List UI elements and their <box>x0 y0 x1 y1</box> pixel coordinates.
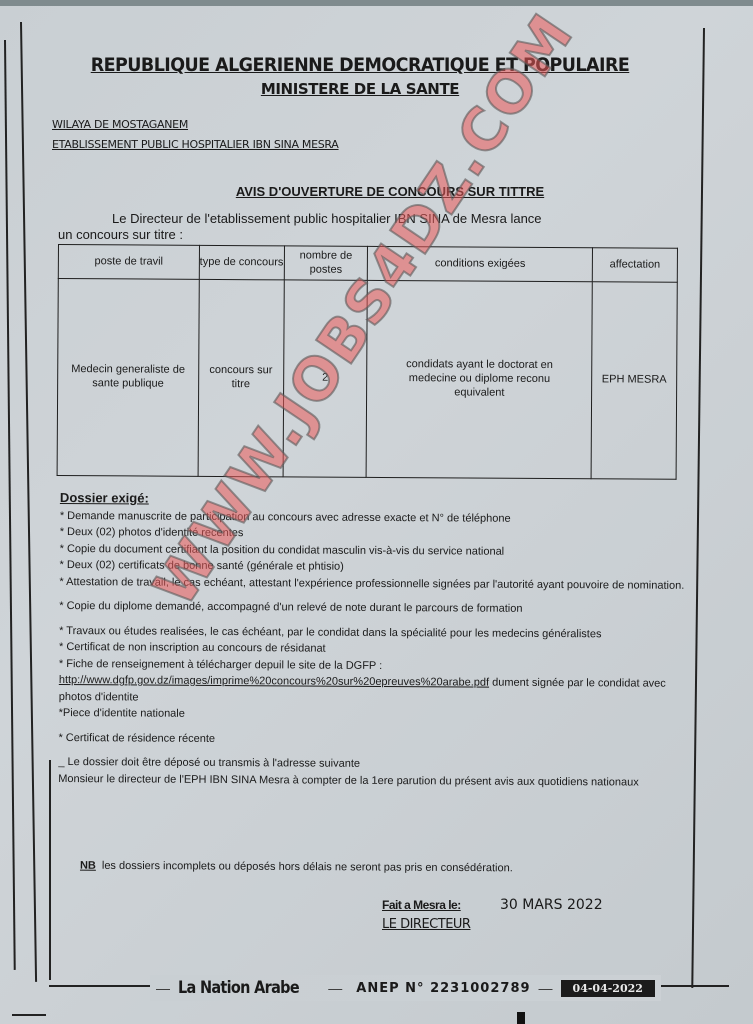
page-edge <box>20 22 37 982</box>
cell-poste: Medecin generaliste de sante publique <box>57 279 199 477</box>
column-header-type: type de concours <box>199 245 284 280</box>
column-header-conditions: conditions exigées <box>368 246 593 281</box>
frame-border-left <box>49 760 51 980</box>
notice-intro-cont: un concours sur titre : <box>58 227 183 242</box>
deposit-address: Monsieur le directeur de l'EPH IBN SINA … <box>58 770 688 790</box>
document-item: * Copie du diplome demandé, accompagné d… <box>59 598 689 618</box>
anep-number: ANEP N° 2231002789 <box>356 981 530 996</box>
column-header-poste: poste de travil <box>58 245 199 280</box>
frame-border-right <box>691 28 705 988</box>
document-item: * Certificat de résidence récente <box>58 729 688 749</box>
positions-table: poste de travil type de concours nombre … <box>57 244 678 480</box>
country-heading: REPUBLIQUE ALGERIENNE DEMOCRATIQUE ET PO… <box>29 54 691 76</box>
page-mark <box>517 1012 525 1024</box>
cell-conditions: condidats ayant le doctorat en medecine … <box>367 280 593 478</box>
cell-nombre: 2 <box>283 280 368 478</box>
required-documents: Dossier exigé: * Demande manuscrite de p… <box>58 490 690 791</box>
establishment-label: ETABLISSEMENT PUBLIC HOSPITALIER IBN SIN… <box>52 138 339 151</box>
column-header-affectation: affectation <box>592 248 677 283</box>
notice-intro: Le Directeur de l'etablissement public h… <box>112 211 542 226</box>
nb-text: les dossiers incomplets ou déposés hors … <box>102 860 513 875</box>
table-row: Medecin generaliste de sante publique co… <box>57 279 677 480</box>
notice-title: AVIS D'OUVERTURE DE CONCOURS SUR TITTRE <box>0 184 720 199</box>
ministry-heading: MINISTERE DE LA SANTE <box>0 80 720 98</box>
newspaper-name: La Nation Arabe <box>178 978 299 998</box>
wilaya-label: WILAYA DE MOSTAGANEM <box>52 118 188 131</box>
publication-date: 04-04-2022 <box>561 980 655 997</box>
column-header-nombre: nombre de postes <box>284 246 368 281</box>
cell-affectation: EPH MESRA <box>591 282 677 480</box>
dgfp-form-link[interactable]: http://www.dgfp.gov.dz/images/imprime%20… <box>59 674 489 689</box>
cell-type: concours sur titre <box>198 279 284 477</box>
publication-footer: — La Nation Arabe — ANEP N° 2231002789 —… <box>150 975 661 1001</box>
divider: — <box>156 980 170 996</box>
signature-place: Fait a Mesra le: <box>382 898 461 912</box>
document-item: *Piece d'identite nationale <box>59 705 689 725</box>
nb-note: NBles dossiers incomplets ou déposés hor… <box>80 860 513 875</box>
page-edge <box>4 40 16 970</box>
signature-title: LE DIRECTEUR <box>382 917 470 932</box>
nb-tag: NB <box>80 860 96 872</box>
divider: — <box>328 980 342 996</box>
photo-top-strip <box>0 0 753 6</box>
signature-date: 30 MARS 2022 <box>500 897 603 913</box>
table-header-row: poste de travil type de concours nombre … <box>58 245 677 283</box>
document-item: * Attestation de travail, le cas echéant… <box>59 573 689 593</box>
document-item-url-line: http://www.dgfp.gov.dz/images/imprime%20… <box>59 672 689 709</box>
page-mark <box>12 1014 46 1016</box>
divider: — <box>539 980 553 996</box>
